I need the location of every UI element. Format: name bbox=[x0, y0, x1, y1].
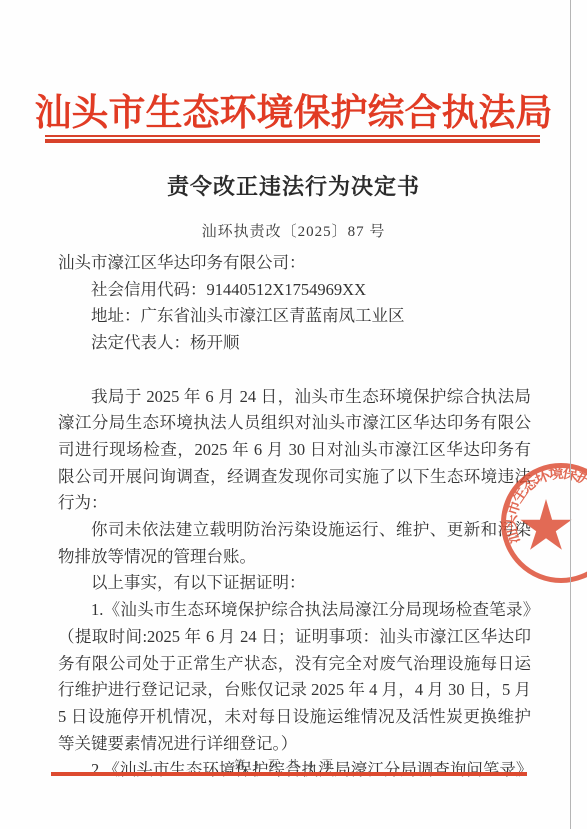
scan-page-edge bbox=[570, 0, 571, 829]
legal-rep-label: 法定代表人： bbox=[91, 333, 190, 352]
page-number-footer: 第 1 页 共 4 页 bbox=[0, 756, 570, 772]
paragraph-spacer bbox=[58, 357, 531, 384]
address-value: 广东省汕头市濠江区青蓝南凤工业区 bbox=[141, 306, 405, 325]
header-double-rule bbox=[45, 135, 540, 143]
credit-code-label: 社会信用代码： bbox=[91, 280, 207, 299]
paragraph-evidence-1: 1.《汕头市生态环境保护综合执法局濠江分局现场检查笔录》（提取时间:2025 年… bbox=[58, 597, 531, 757]
paragraph-inspection: 我局于 2025 年 6 月 24 日，汕头市生态环境保护综合执法局濠江分局生态… bbox=[58, 384, 531, 518]
document-body: 汕头市濠江区华达印务有限公司： 社会信用代码：91440512X1754969X… bbox=[58, 250, 531, 784]
seal-star-icon bbox=[520, 499, 571, 550]
credit-code-value: 91440512X1754969XX bbox=[207, 280, 367, 299]
document-title: 责令改正违法行为决定书 bbox=[0, 170, 587, 201]
paragraph-violation: 你司未依法建立载明防治污染设施运行、维护、更新和污染物排放等情况的管理台账。 bbox=[58, 517, 531, 570]
legal-rep-line: 法定代表人：杨开顺 bbox=[58, 330, 531, 357]
document-number: 汕环执责改〔2025〕87 号 bbox=[0, 220, 587, 241]
agency-name-header: 汕头市生态环境保护综合执法局 bbox=[20, 82, 567, 136]
paragraph-evidence-intro: 以上事实，有以下证据证明： bbox=[58, 570, 531, 597]
document-page: 汕头市生态环境保护综合执法局 责令改正违法行为决定书 汕环执责改〔2025〕87… bbox=[0, 0, 587, 829]
address-label: 地址： bbox=[91, 306, 141, 325]
recipient-name-line: 汕头市濠江区华达印务有限公司： bbox=[58, 250, 531, 277]
address-line: 地址：广东省汕头市濠江区青蓝南凤工业区 bbox=[58, 303, 531, 330]
legal-rep-value: 杨开顺 bbox=[190, 333, 240, 352]
official-seal: 汕头市生态环境保护综合执法局 bbox=[494, 456, 587, 606]
credit-code-line: 社会信用代码：91440512X1754969XX bbox=[58, 277, 531, 304]
footer-red-rule bbox=[51, 772, 527, 776]
